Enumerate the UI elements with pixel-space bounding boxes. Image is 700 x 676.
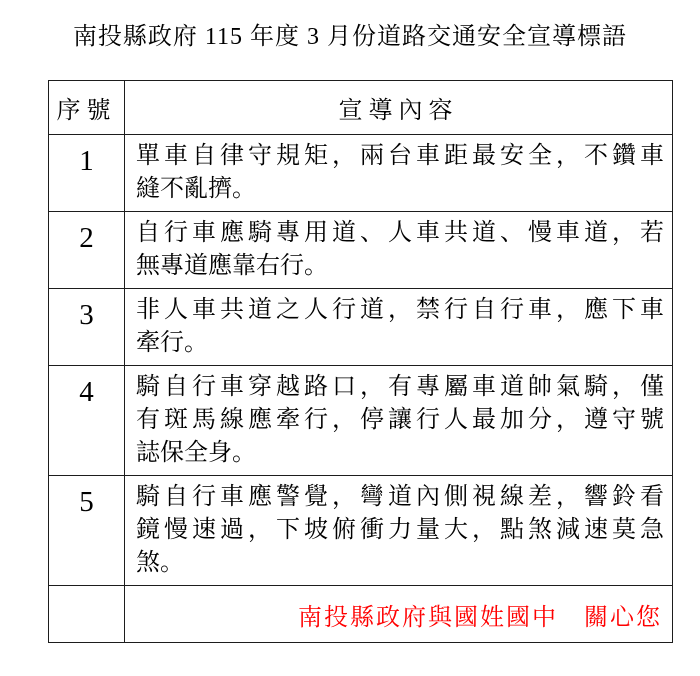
slogan-line: 鏡慢速過，下坡俯衝力量大，點煞減速莫急 [136, 514, 664, 547]
table-header-row: 序號 宣導內容 [49, 81, 673, 135]
row-number: 5 [49, 476, 125, 586]
footer-cell: 南投縣政府與國姓國中 關心您 [125, 586, 673, 643]
table-row: 4 騎自行車穿越路口，有專屬車道帥氣騎，僅 有斑馬線應牽行，停讓行人最加分，遵守… [49, 366, 673, 476]
slogan-line: 騎自行車穿越路口，有專屬車道帥氣騎，僅 [136, 371, 664, 404]
row-number: 1 [49, 135, 125, 212]
row-content-cell: 單車自律守規矩，兩台車距最安全，不鑽車 縫不亂擠。 [125, 135, 673, 212]
slogan-line: 自行車應騎專用道、人車共道、慢車道，若 [136, 217, 664, 250]
slogan-line: 無專道應靠右行。 [136, 250, 664, 283]
slogan-line: 有斑馬線應牽行，停讓行人最加分，遵守號 [136, 404, 664, 437]
table-row: 3 非人車共道之人行道，禁行自行車，應下車 牽行。 [49, 289, 673, 366]
footer-signature: 南投縣政府與國姓國中 關心您 [298, 605, 662, 631]
footer-row: 南投縣政府與國姓國中 關心您 [49, 586, 673, 643]
slogan-line: 非人車共道之人行道，禁行自行車，應下車 [136, 294, 664, 327]
row-number: 3 [49, 289, 125, 366]
slogan-line: 誌保全身。 [136, 437, 664, 470]
row-content-cell: 騎自行車穿越路口，有專屬車道帥氣騎，僅 有斑馬線應牽行，停讓行人最加分，遵守號 … [125, 366, 673, 476]
page-title: 南投縣政府 115 年度 3 月份道路交通安全宣導標語 [0, 0, 700, 48]
slogan-line: 牽行。 [136, 327, 664, 360]
footer-empty-cell [49, 586, 125, 643]
row-content-cell: 自行車應騎專用道、人車共道、慢車道，若 無專道應靠右行。 [125, 212, 673, 289]
table-row: 2 自行車應騎專用道、人車共道、慢車道，若 無專道應靠右行。 [49, 212, 673, 289]
table-row: 5 騎自行車應警覺，彎道內側視線差，響鈴看 鏡慢速過，下坡俯衝力量大，點煞減速莫… [49, 476, 673, 586]
column-header-content: 宣導內容 [125, 81, 673, 135]
row-number: 2 [49, 212, 125, 289]
slogan-line: 騎自行車應警覺，彎道內側視線差，響鈴看 [136, 481, 664, 514]
slogan-line: 單車自律守規矩，兩台車距最安全，不鑽車 [136, 140, 664, 173]
column-header-no: 序號 [49, 81, 125, 135]
slogan-line: 縫不亂擠。 [136, 173, 664, 206]
row-content-cell: 非人車共道之人行道，禁行自行車，應下車 牽行。 [125, 289, 673, 366]
slogan-table: 序號 宣導內容 1 單車自律守規矩，兩台車距最安全，不鑽車 縫不亂擠。 2 自行… [48, 80, 673, 643]
table-row: 1 單車自律守規矩，兩台車距最安全，不鑽車 縫不亂擠。 [49, 135, 673, 212]
slogan-line: 煞。 [136, 547, 664, 580]
row-number: 4 [49, 366, 125, 476]
row-content-cell: 騎自行車應警覺，彎道內側視線差，響鈴看 鏡慢速過，下坡俯衝力量大，點煞減速莫急 … [125, 476, 673, 586]
